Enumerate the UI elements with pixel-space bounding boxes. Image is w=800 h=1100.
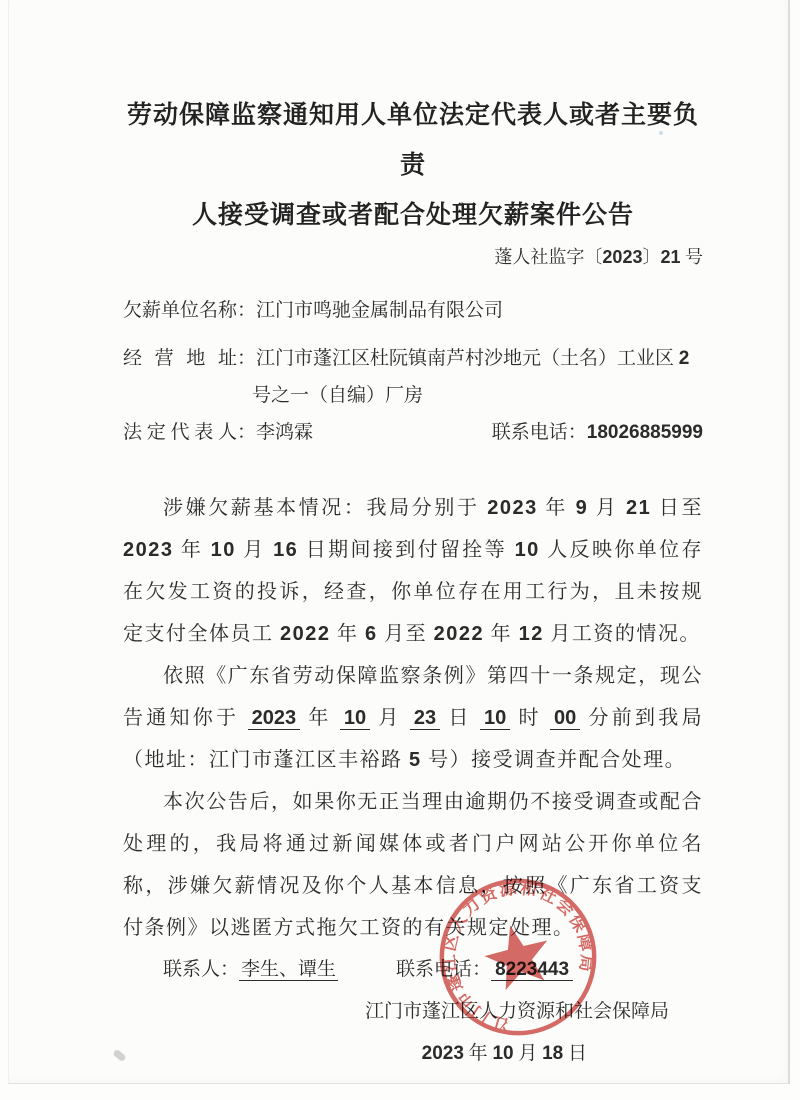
summons-hour-underlined: 10 xyxy=(480,707,510,730)
body-paragraphs: 涉嫌欠薪基本情况：我局分别于 2023 年 9 月 21 日至 2023 年 1… xyxy=(123,487,703,1075)
summons-month-underlined: 10 xyxy=(340,707,370,730)
colon: ： xyxy=(237,300,256,321)
field-company: 欠薪单位名称：江门市鸣驰金属制品有限公司 xyxy=(123,292,703,329)
field-legal-rep-label: 法定代表人 xyxy=(123,414,237,451)
field-address: 经营地址：江门市蓬江区杜阮镇南芦村沙地元（土名）工业区 2 xyxy=(123,340,703,377)
scanned-document: 劳动保障监察通知用人单位法定代表人或者主要负责 人接受调查或者配合处理欠薪案件公… xyxy=(0,0,800,1100)
issuing-agency: 江门市蓬江区人力资源和社会保障局 xyxy=(123,991,703,1033)
summons-day-underlined: 23 xyxy=(410,707,440,730)
contact-line: 联系人：李生、谭生联系电话：8223443 xyxy=(123,949,703,991)
field-phone: 联系电话：18026885999 xyxy=(492,414,703,451)
field-address-value: 江门市蓬江区杜阮镇南芦村沙地元（土名）工业区 2 xyxy=(256,348,689,369)
notice-title: 劳动保障监察通知用人单位法定代表人或者主要负责 人接受调查或者配合处理欠薪案件公… xyxy=(123,90,703,240)
colon: ： xyxy=(237,422,256,443)
colon: ： xyxy=(568,422,587,443)
document-content: 劳动保障监察通知用人单位法定代表人或者主要负责 人接受调查或者配合处理欠薪案件公… xyxy=(123,0,703,1075)
field-phone-value: 18026885999 xyxy=(587,422,703,443)
notice-title-line1: 劳动保障监察通知用人单位法定代表人或者主要负责 xyxy=(123,90,703,190)
doc-number: 蓬人社监字〔2023〕21 号 xyxy=(123,244,703,270)
summons-text: 时 xyxy=(510,707,550,729)
colon: ： xyxy=(237,348,256,369)
field-legal-rep-row: 法定代表人：李鸿霖 联系电话：18026885999 xyxy=(123,414,703,451)
paper-sheet: 劳动保障监察通知用人单位法定代表人或者主要负责 人接受调查或者配合处理欠薪案件公… xyxy=(8,0,790,1084)
ink-speck xyxy=(659,131,663,135)
field-address-label: 经营地址 xyxy=(123,340,237,377)
contact-label: 联系人 xyxy=(163,959,220,980)
summons-text: 年 xyxy=(300,707,340,729)
field-phone-label: 联系电话 xyxy=(492,422,568,443)
summons-text: 月 xyxy=(370,707,410,729)
paragraph-basic-facts: 涉嫌欠薪基本情况：我局分别于 2023 年 9 月 21 日至 2023 年 1… xyxy=(123,487,703,655)
contact-names-underlined: 李生、谭生 xyxy=(239,959,338,981)
paragraph-summons: 依照《广东省劳动保障监察条例》第四十一条规定，现公告通知你于 2023 年 10… xyxy=(123,655,703,781)
summons-text: 日 xyxy=(440,707,480,729)
paragraph-consequences: 本次公告后，如果你无正当理由逾期仍不接受调查或配合处理的，我局将通过新闻媒体或者… xyxy=(123,781,703,949)
notice-title-line2: 人接受调查或者配合处理欠薪案件公告 xyxy=(123,190,703,240)
star-icon xyxy=(479,918,557,993)
field-legal-rep-value: 李鸿霖 xyxy=(256,422,313,443)
field-address-continuation: 号之一（自编）厂房 xyxy=(123,377,703,414)
summons-minute-underlined: 00 xyxy=(550,707,580,730)
issue-date: 2023 年 10 月 18 日 xyxy=(123,1033,703,1075)
field-company-label: 欠薪单位名称 xyxy=(123,292,237,329)
field-company-value: 江门市鸣驰金属制品有限公司 xyxy=(256,300,503,321)
summons-year-underlined: 2023 xyxy=(248,707,301,730)
fields-block: 欠薪单位名称：江门市鸣驰金属制品有限公司 经营地址：江门市蓬江区杜阮镇南芦村沙地… xyxy=(123,292,703,451)
field-legal-rep: 法定代表人：李鸿霖 xyxy=(123,414,313,451)
colon: ： xyxy=(220,959,239,980)
